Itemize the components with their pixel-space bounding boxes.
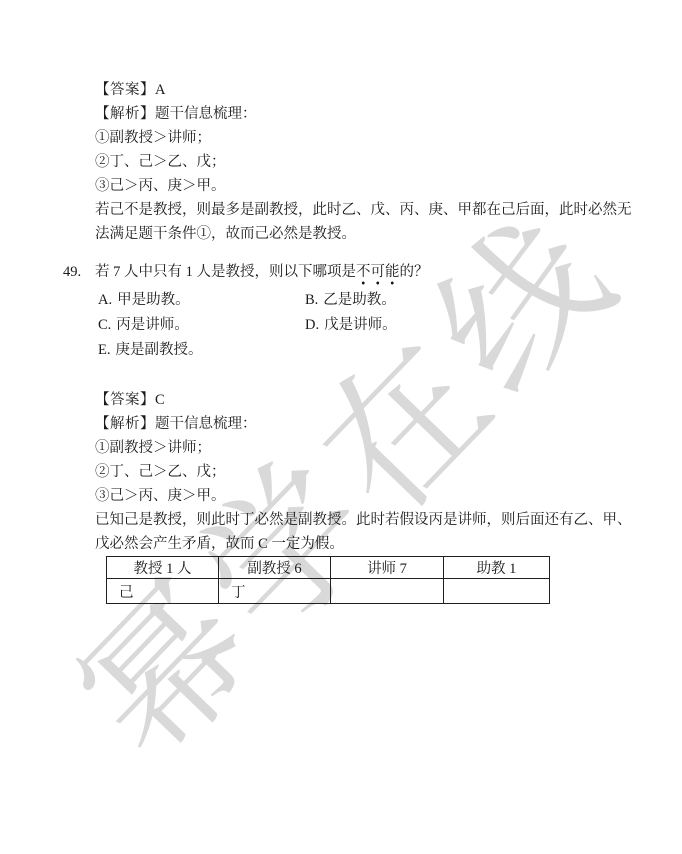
table-row: 己 丁 xyxy=(107,579,550,604)
summary-table: 教授 1 人 副教授 6 讲师 7 助教 1 己 丁 xyxy=(106,556,550,604)
table-header-row: 教授 1 人 副教授 6 讲师 7 助教 1 xyxy=(107,557,550,579)
table-cell xyxy=(331,579,444,604)
answer-line: 【答案】C xyxy=(95,388,632,412)
option-c-label: C. xyxy=(98,317,111,333)
analysis-line: 【解析】题干信息梳理： xyxy=(95,102,632,126)
page-content: 【答案】A 【解析】题干信息梳理： ①副教授＞讲师； ②丁、己＞乙、戊； ③己＞… xyxy=(0,0,682,854)
option-row: E.庚是副教授。 xyxy=(98,338,512,363)
option-b-text: 乙是助教。 xyxy=(323,292,396,308)
answer-value: A xyxy=(155,82,165,98)
table-cell xyxy=(444,579,550,604)
option-c-text: 丙是讲师。 xyxy=(116,317,189,333)
table-header-assistant: 助教 1 xyxy=(444,557,550,579)
analysis-label: 【解析】 xyxy=(95,106,155,122)
option-a-label: A. xyxy=(98,292,112,308)
condition-2: ②丁、己＞乙、戊； xyxy=(95,460,632,484)
option-e-text: 庚是副教授。 xyxy=(115,342,202,358)
paragraph-line-1: 若己不是教授，则最多是副教授，此时乙、戊、丙、庚、甲都在己后面，此时必然无 xyxy=(95,198,632,222)
option-a-text: 甲是助教。 xyxy=(117,292,190,308)
option-e: E.庚是副教授。 xyxy=(98,338,305,363)
condition-1: ①副教授＞讲师； xyxy=(95,126,632,150)
option-b: B.乙是助教。 xyxy=(305,288,512,313)
option-d: D.戊是讲师。 xyxy=(305,313,512,338)
question-stem-suffix: 的？ xyxy=(400,264,429,280)
table-header-assoc-professor: 副教授 6 xyxy=(219,557,331,579)
question-stem-emphasis: 不可能 xyxy=(356,264,400,285)
answer-value: C xyxy=(155,392,165,408)
table-cell: 丁 xyxy=(219,579,331,604)
analysis-intro: 题干信息梳理： xyxy=(155,106,257,122)
table-header-professor: 教授 1 人 xyxy=(107,557,219,579)
answer-label: 【答案】 xyxy=(95,82,155,98)
option-row: A.甲是助教。B.乙是助教。 xyxy=(98,288,512,313)
paragraph-line-1: 已知己是教授，则此时丁必然是副教授。此时若假设丙是讲师，则后面还有乙、甲、 xyxy=(95,508,632,532)
analysis-line: 【解析】题干信息梳理： xyxy=(95,412,632,436)
answer-block-1: 【答案】A 【解析】题干信息梳理： ①副教授＞讲师； ②丁、己＞乙、戊； ③己＞… xyxy=(95,78,632,246)
table-header-lecturer: 讲师 7 xyxy=(331,557,444,579)
option-c: C.丙是讲师。 xyxy=(98,313,305,338)
paragraph-line-2: 法满足题干条件①，故而己必然是教授。 xyxy=(95,222,632,246)
paragraph-line-2: 戊必然会产生矛盾，故而 C 一定为假。 xyxy=(95,532,632,556)
condition-1: ①副教授＞讲师； xyxy=(95,436,632,460)
option-row: C.丙是讲师。D.戊是讲师。 xyxy=(98,313,512,338)
answer-block-2: 【答案】C 【解析】题干信息梳理： ①副教授＞讲师； ②丁、己＞乙、戊； ③己＞… xyxy=(95,388,632,556)
table-cell: 己 xyxy=(107,579,219,604)
analysis-label: 【解析】 xyxy=(95,416,155,432)
answer-line: 【答案】A xyxy=(95,78,632,102)
option-e-label: E. xyxy=(98,342,110,358)
option-d-text: 戊是讲师。 xyxy=(324,317,397,333)
options-list: A.甲是助教。B.乙是助教。 C.丙是讲师。D.戊是讲师。 E.庚是副教授。 xyxy=(98,288,512,363)
option-b-label: B. xyxy=(305,292,318,308)
question-stem-line: 49.若 7 人中只有 1 人是教授，则以下哪项是不可能的？ xyxy=(63,260,512,285)
condition-3: ③己＞丙、庚＞甲。 xyxy=(95,484,632,508)
option-d-label: D. xyxy=(305,317,319,333)
condition-3: ③己＞丙、庚＞甲。 xyxy=(95,174,632,198)
answer-label: 【答案】 xyxy=(95,392,155,408)
question-number: 49. xyxy=(63,260,95,285)
condition-2: ②丁、己＞乙、戊； xyxy=(95,150,632,174)
option-a: A.甲是助教。 xyxy=(98,288,305,313)
question-stem-prefix: 若 7 人中只有 1 人是教授，则以下哪项是 xyxy=(95,264,356,280)
analysis-intro: 题干信息梳理： xyxy=(155,416,257,432)
question-49: 49.若 7 人中只有 1 人是教授，则以下哪项是不可能的？ A.甲是助教。B.… xyxy=(63,260,512,363)
document-page: 幂学在线 【答案】A 【解析】题干信息梳理： ①副教授＞讲师； ②丁、己＞乙、戊… xyxy=(0,0,682,854)
